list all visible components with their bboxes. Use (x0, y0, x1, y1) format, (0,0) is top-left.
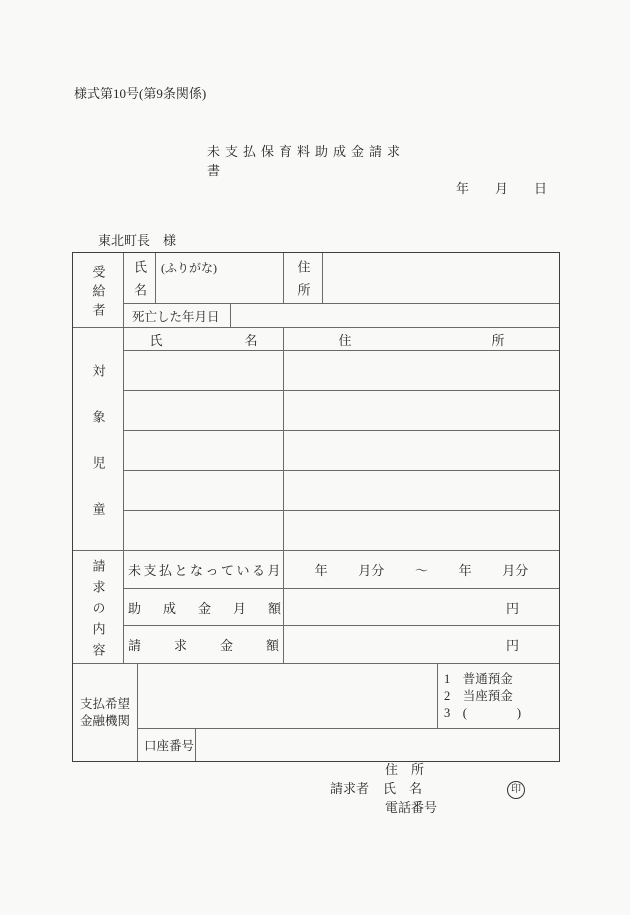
child-name-cell (124, 431, 284, 471)
page-title-text: 未支払保育料助成金請求書 (207, 144, 405, 178)
period-tilde: 〜 (415, 560, 428, 579)
unpaid-months-label: 未支払となっている月 (128, 560, 283, 579)
monthly-amount-label-cell: 助成金月額 (124, 589, 284, 626)
signer-address-label: 住 所 (385, 760, 540, 779)
account-number-input-cell (196, 729, 559, 761)
death-date-label-cell: 死亡した年月日 (124, 304, 231, 328)
recipient-address-label-cell: 住所 (284, 253, 323, 304)
account-number-label: 口座番号 (144, 736, 194, 754)
form-number: 様式第10号(第9条関係) (74, 83, 206, 102)
death-date-input-cell (231, 304, 559, 328)
children-section-label-cell: 対象児童 (73, 328, 124, 551)
signature-block: 住 所 請求者 氏 名 電話番号 印 (330, 760, 540, 817)
bank-institution-input-cell (138, 664, 438, 729)
account-number-label-cell: 口座番号 (138, 729, 196, 761)
bank-label-line1: 支払希望 (80, 696, 130, 713)
recipient-section-label-cell: 受給者 (73, 253, 124, 328)
claim-amount-label-cell: 請求金額 (124, 626, 284, 664)
furigana-label: (ふりがな) (161, 259, 217, 276)
child-address-cell (284, 471, 559, 511)
children-address-header: 住所 (338, 330, 630, 349)
period-month-from: 月分 (358, 560, 384, 579)
period-year-to: 年 (459, 560, 472, 579)
monthly-amount-value-cell: 円 (284, 589, 559, 626)
child-name-cell (124, 391, 284, 431)
form-table: 受給者 氏名 (ふりがな) 住所 死亡した年月日 対象児童 氏名 住所 請求の内… (72, 252, 560, 762)
account-type-option: 1 普通預金 (444, 671, 559, 688)
death-date-label: 死亡した年月日 (132, 307, 220, 325)
monthly-amount-label: 助成金月額 (128, 598, 303, 617)
date-line: 年 月 日 (456, 178, 547, 197)
child-address-cell (284, 351, 559, 391)
recipient-name-input-cell: (ふりがな) (156, 253, 284, 304)
recipient-name-label: 氏名 (133, 260, 146, 306)
child-address-cell (284, 431, 559, 471)
unpaid-months-value-cell: 年 月分 〜 年 月分 (284, 551, 559, 589)
recipient-address-label: 住所 (297, 260, 310, 306)
claim-section-label-cell: 請求の内容 (73, 551, 124, 664)
account-type-option: 2 当座預金 (444, 688, 559, 705)
page-title: 未支払保育料助成金請求書 (207, 141, 418, 179)
bank-section-label-cell: 支払希望 金融機関 (73, 664, 138, 761)
recipient-name-label-cell: 氏名 (124, 253, 156, 304)
signer-phone-label: 電話番号 (385, 798, 540, 817)
claim-amount-value-cell: 円 (284, 626, 559, 664)
children-section-label: 対象児童 (92, 364, 105, 548)
account-type-cell: 1 普通預金 2 当座預金 3 ( ) (438, 664, 559, 729)
signer-name-label: 氏 名 (383, 779, 422, 798)
claim-section-label: 請求の内容 (92, 559, 105, 664)
recipient-section-label: 受給者 (92, 265, 105, 322)
period-year-from: 年 (315, 560, 328, 579)
child-name-cell (124, 351, 284, 391)
children-name-header-cell: 氏名 (124, 328, 284, 351)
addressee: 東北町長 様 (98, 230, 176, 249)
yen-label: 円 (506, 598, 519, 617)
children-address-header-cell: 住所 (284, 328, 559, 351)
bank-label-line2: 金融機関 (80, 713, 130, 730)
account-type-option: 3 ( ) (444, 705, 559, 722)
child-address-cell (284, 391, 559, 431)
child-name-cell (124, 511, 284, 551)
yen-label: 円 (506, 635, 519, 654)
child-address-cell (284, 511, 559, 551)
recipient-address-input-cell (323, 253, 559, 304)
requester-label: 請求者 (330, 779, 369, 798)
child-name-cell (124, 471, 284, 511)
unpaid-months-label-cell: 未支払となっている月 (124, 551, 284, 589)
seal-icon: 印 (507, 781, 525, 799)
period-month-to: 月分 (502, 560, 528, 579)
